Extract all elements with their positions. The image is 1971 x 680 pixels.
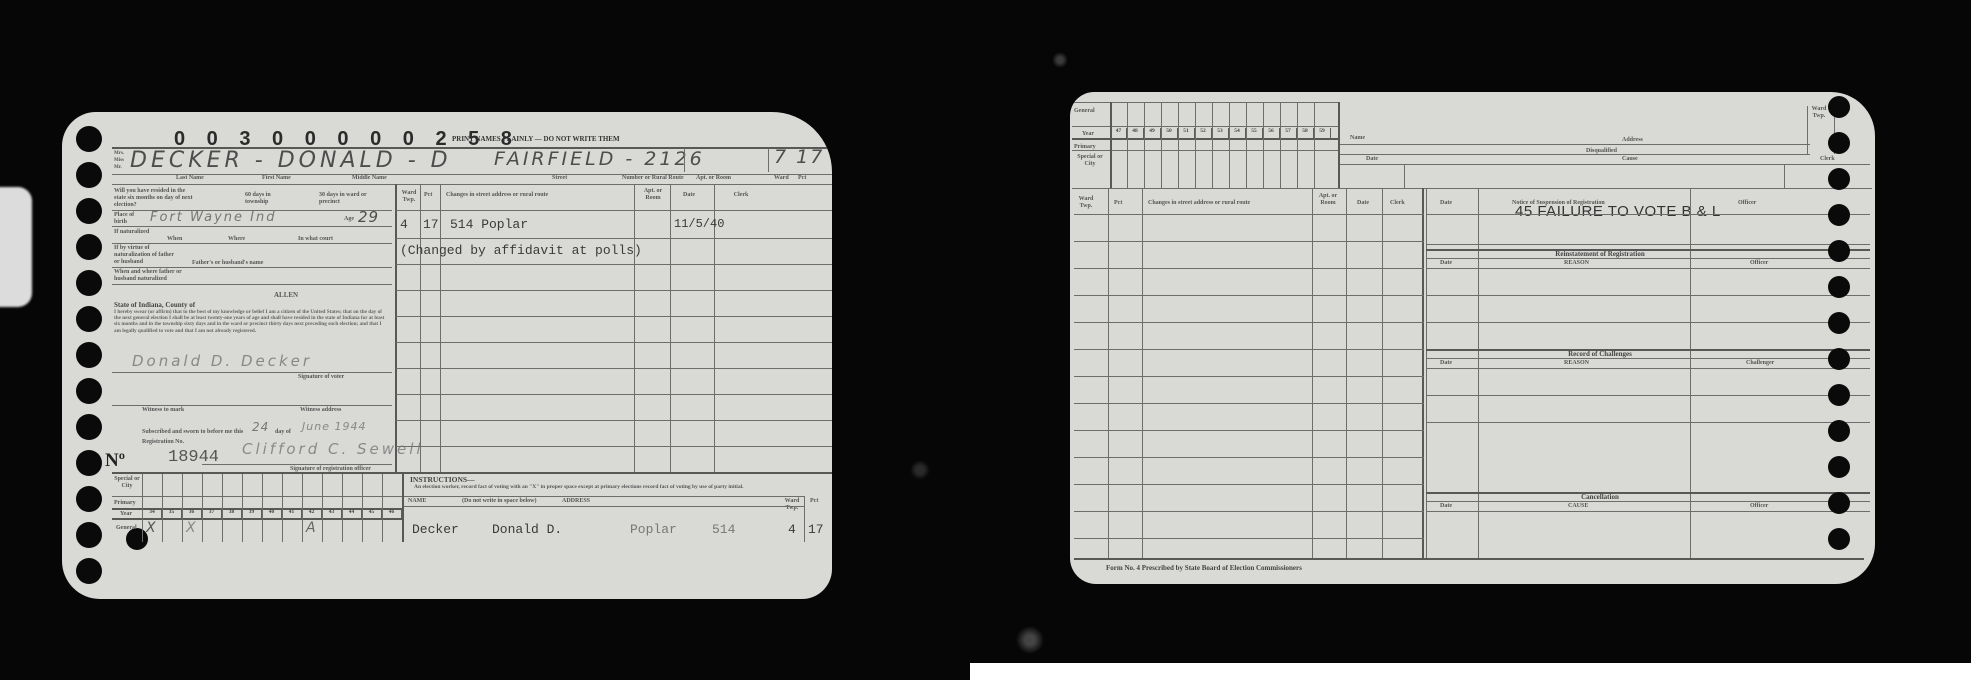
footer-ward: 4 [788,522,796,537]
footer-ward-label: Ward Twp. [784,498,800,512]
witness-label: Witness to mark [142,407,184,414]
year-cell: 34 [142,509,162,518]
place-of-birth-label: Place of birth [114,212,144,226]
rule [684,148,685,172]
number-symbol: Nº [105,450,125,472]
footer-no-write-label: (Do not write in space below) [462,498,537,505]
year-cell: 52 [1195,128,1212,138]
where-label: Where [228,236,245,243]
rule [396,290,832,291]
township-label: 60 days in township [245,192,293,206]
year-cell: 49 [1144,128,1161,138]
header-instruction: PRINT NAMES PLAINLY — DO NOT WRITE THEM [452,136,620,143]
punch-hole [1828,276,1850,298]
year-cell: 48 [1127,128,1144,138]
cancellation-title: Cancellation [1510,493,1690,501]
rule [112,405,392,406]
state-county-label: State of Indiana, County of [114,301,195,309]
rule [1178,102,1179,188]
rule [670,184,671,472]
footer-first-name: Donald D. [492,522,562,537]
back-cause-label: Cause [1622,156,1638,163]
rule [202,464,392,465]
registration-no-label: Registration No. [142,439,184,446]
rule [1784,164,1785,188]
reinstatement-header-reason: REASON [1564,260,1589,267]
rule [1074,295,1424,296]
year-cell: 56 [1263,128,1280,138]
back-date-label: Date [1366,156,1378,163]
partial-card-edge [0,187,32,307]
punch-hole [1828,132,1850,154]
cancellation-header-cause: CAUSE [1568,503,1588,510]
challenges-header-reason: REASON [1564,360,1589,367]
back-address-label: Address [1622,137,1643,144]
form-footer: Form No. 4 Prescribed by State Board of … [1106,564,1302,572]
rule [1426,395,1870,396]
rule [182,474,183,542]
rule [396,238,832,239]
rule [1127,102,1128,188]
rule [1212,102,1213,188]
suspension-header-date: Date [1440,200,1452,207]
changes-header-clerk: Clerk [716,192,766,199]
punch-hole [1828,348,1850,370]
rule [1074,430,1424,431]
general-mark: X [146,520,156,536]
year-cell: 58 [1297,128,1314,138]
changes-header-ward: Ward Twp. [399,190,419,204]
punch-hole [1828,456,1850,478]
back-changes-header-apt: Apt. or Room [1314,193,1342,207]
rule [1263,102,1264,188]
subscribed-month-year: June 1944 [302,420,366,433]
rule [1426,368,1870,369]
footer-pct-label: Pct [810,498,818,505]
rule [1426,358,1870,359]
year-cell: 55 [1246,128,1263,138]
rule [1074,322,1424,323]
residence-question: Will you have resided in the state six m… [114,188,196,209]
rule [1074,484,1424,485]
punch-hole [76,126,102,152]
rule [1074,558,1864,560]
punch-hole [76,306,102,332]
change-date: 11/5/40 [674,217,724,231]
virtue-label: If by virtue of naturalization of father… [114,245,174,266]
footer-number: 514 [712,522,735,537]
back-changes-header-pct: Pct [1114,200,1122,207]
cancellation-header-date: Date [1440,503,1452,510]
rule [1142,188,1143,558]
rule [804,496,805,542]
rule [282,474,283,542]
general-mark: X [186,520,196,536]
rule [1074,241,1424,242]
row-label-general: General [1074,108,1095,115]
punch-hole [76,198,102,224]
punch-hole [76,162,102,188]
registration-card-back: General Year Primary Special or City 47 … [1070,92,1875,584]
changes-header-address: Changes in street address or rural route [446,192,548,199]
reinstatement-header-date: Date [1440,260,1452,267]
name-handwritten: DECKER - DONALD - D [130,148,452,173]
instructions-text: An election worker, record fact of votin… [414,484,824,490]
challenges-title: Record of Challenges [1510,350,1690,358]
rule [112,372,392,373]
rule [1229,102,1230,188]
rule [1161,102,1162,188]
back-changes-header-clerk: Clerk [1390,200,1405,207]
row-label-general: General [116,525,137,532]
year-cell: 35 [162,509,182,518]
rule [1280,102,1281,188]
rule [1108,188,1109,558]
punch-hole [76,558,102,584]
rule [1074,457,1424,458]
rule [1297,102,1298,188]
subscribed-day: 24 [252,420,269,434]
challenges-header-date: Date [1440,360,1452,367]
rule [1426,511,1870,512]
punch-hole [76,414,102,440]
rule [1426,501,1870,502]
year-cell: 44 [342,509,362,518]
punch-hole [1828,96,1850,118]
rule [262,474,263,542]
rule [404,506,804,507]
ward-pct-handwritten: 7 17 [774,146,824,168]
back-changes-header-date: Date [1357,200,1369,207]
rule [396,446,832,447]
footer-address-label: ADDRESS [562,498,590,505]
punch-hole [76,234,102,260]
witness-address-label: Witness address [300,407,341,414]
punch-hole [1828,528,1850,550]
year-cell: 46 [382,509,402,518]
rule [1314,102,1315,188]
rule [1340,154,1810,155]
age-label: Age [344,216,354,223]
year-cell: 53 [1212,128,1229,138]
rule [1426,322,1870,323]
change-pct: 17 [423,217,439,232]
punch-hole [1828,384,1850,406]
oath-text: I hereby swear (or affirm) that to the b… [114,309,389,334]
rule [1074,511,1424,512]
naturalized-label: If naturalized [114,229,154,236]
rule [1195,102,1196,188]
rule [1072,188,1872,189]
years-row: 34 35 36 37 38 39 40 41 42 43 44 45 46 [142,509,402,518]
precinct-label: 30 days in ward or precinct [319,192,375,206]
rule [302,474,303,542]
rule [142,474,143,542]
rule [342,474,343,542]
voter-signature: Donald D. Decker [132,352,312,370]
year-cell: 36 [182,509,202,518]
middle-name-label: Middle Name [352,175,387,182]
rule [1807,106,1808,154]
punch-hole [1828,204,1850,226]
back-clerk-label: Clerk [1820,156,1835,163]
day-of-label: day of [275,429,291,436]
row-label-special: Special or City [1076,154,1104,168]
rule [395,184,397,472]
rule [1074,538,1424,539]
rule [1074,376,1424,377]
rule [1246,102,1247,188]
rule [402,474,404,542]
footer-street: Poplar [630,522,677,537]
reinstatement-header-officer: Officer [1750,260,1768,267]
rule [162,474,163,542]
row-label-primary: Primary [114,500,136,507]
footer-name-label: NAME [408,498,426,505]
rule [634,184,635,472]
punch-hole [76,378,102,404]
rule [440,184,441,472]
back-name-label: Name [1350,135,1365,142]
pct-label: Pct [798,175,806,182]
street-handwritten: FAIRFIELD - 2126 [494,148,705,170]
street-label: Street [552,175,567,182]
year-cell: 50 [1161,128,1178,138]
punch-hole [76,270,102,296]
year-cell: 54 [1229,128,1246,138]
rule [1074,268,1424,269]
year-cell: 42 [302,509,322,518]
when-label: When [167,236,182,243]
scan-border-strip [970,663,1971,680]
punch-hole [76,486,102,512]
last-name-label: Last Name [176,175,204,182]
year-cell: 45 [362,509,382,518]
suspension-header-officer: Officer [1738,200,1756,207]
punch-hole [76,450,102,476]
rule [1338,102,1340,188]
voter-signature-label: Signature of voter [298,374,344,381]
rule [1426,295,1870,296]
rule [1110,102,1112,188]
rule [1426,422,1870,423]
rule [112,472,832,474]
rule [1312,188,1313,558]
year-cell: 43 [322,509,342,518]
year-cell: 51 [1178,128,1195,138]
year-cell: 47 [1110,128,1127,138]
title-prefix: Mrs. Miss Mr. [114,150,128,171]
rule [396,210,832,211]
father-naturalized-label: When and where father or husband natural… [114,269,184,283]
rule [396,394,832,395]
rule [396,316,832,317]
father-name-label: Father's or husband's name [192,260,263,267]
rule [1144,102,1145,188]
year-cell: 39 [242,509,262,518]
subscribed-label: Subscribed and sworn to before me this [142,429,243,436]
rule [1340,144,1810,145]
change-note: (Changed by affidavit at polls) [400,243,642,258]
row-label-special: Special or City [114,476,140,490]
rule [404,496,804,497]
rule [242,474,243,542]
rule [112,184,832,185]
year-cell: 40 [262,509,282,518]
rule [362,474,363,542]
rule [396,264,832,265]
county-value: ALLEN [274,292,298,299]
rule [112,267,392,268]
rule [396,368,832,369]
footer-last-name: Decker [412,522,459,537]
number-label: Number or Rural Route [622,175,684,182]
rule [1426,214,1870,215]
rule [112,284,392,285]
rule [112,496,404,497]
punch-hole [1828,420,1850,442]
rule [768,148,769,172]
row-label-year: Year [1082,131,1094,138]
rule [1074,403,1424,404]
back-changes-header-address: Changes in street address or rural route [1148,200,1250,207]
rule [1382,188,1383,558]
place-of-birth-value: Fort Wayne Ind [150,210,277,225]
rule [1404,164,1405,188]
rule [1074,349,1424,350]
changes-header-pct: Pct [424,192,432,199]
rule [420,184,421,472]
year-cell: 41 [282,509,302,518]
year-cell: 57 [1280,128,1297,138]
rule [396,342,832,343]
registration-card-front: 0 0 3 0 0 0 0 0 2 5 8 PRINT NAMES PLAINL… [62,112,832,599]
rule [1426,244,1870,245]
ward-label: Ward [774,175,789,182]
rule [112,243,392,244]
year-cell: 37 [202,509,222,518]
back-ward-label: Ward Twp. [1810,106,1828,120]
punch-hole [1828,168,1850,190]
cancellation-header-officer: Officer [1750,503,1768,510]
apt-label: Apt. or Room [696,175,731,182]
challenges-header-challenger: Challenger [1746,360,1774,367]
change-ward: 4 [400,217,408,232]
year-cell: 38 [222,509,242,518]
rule [382,474,383,542]
footer-pct: 17 [808,522,824,537]
general-mark: A [306,520,316,536]
changes-header-apt: Apt. or Room [640,188,666,202]
rule [112,226,392,227]
punch-hole [1828,240,1850,262]
reinstatement-title: Reinstatement of Registration [1510,250,1690,258]
rule [1422,188,1424,558]
rule [1346,188,1347,558]
age-value: 29 [358,208,379,226]
rule [1426,268,1870,269]
rule [322,474,323,542]
row-label-year: Year [120,511,132,518]
first-name-label: First Name [262,175,291,182]
instructions-title: INSTRUCTIONS— [410,476,475,484]
punch-hole [76,522,102,548]
changes-header-date: Date [683,192,695,199]
rule [202,474,203,542]
punch-hole [1828,312,1850,334]
rule [396,420,832,421]
rule [222,474,223,542]
rule [1426,258,1870,259]
back-changes-header-ward: Ward Twp. [1074,196,1098,210]
rule [1340,164,1870,165]
year-cell: 59 [1314,128,1331,138]
punch-hole [76,342,102,368]
change-address: 514 Poplar [450,217,528,232]
rule [1074,214,1424,215]
court-label: In what court [298,236,333,243]
punch-hole [1828,492,1850,514]
